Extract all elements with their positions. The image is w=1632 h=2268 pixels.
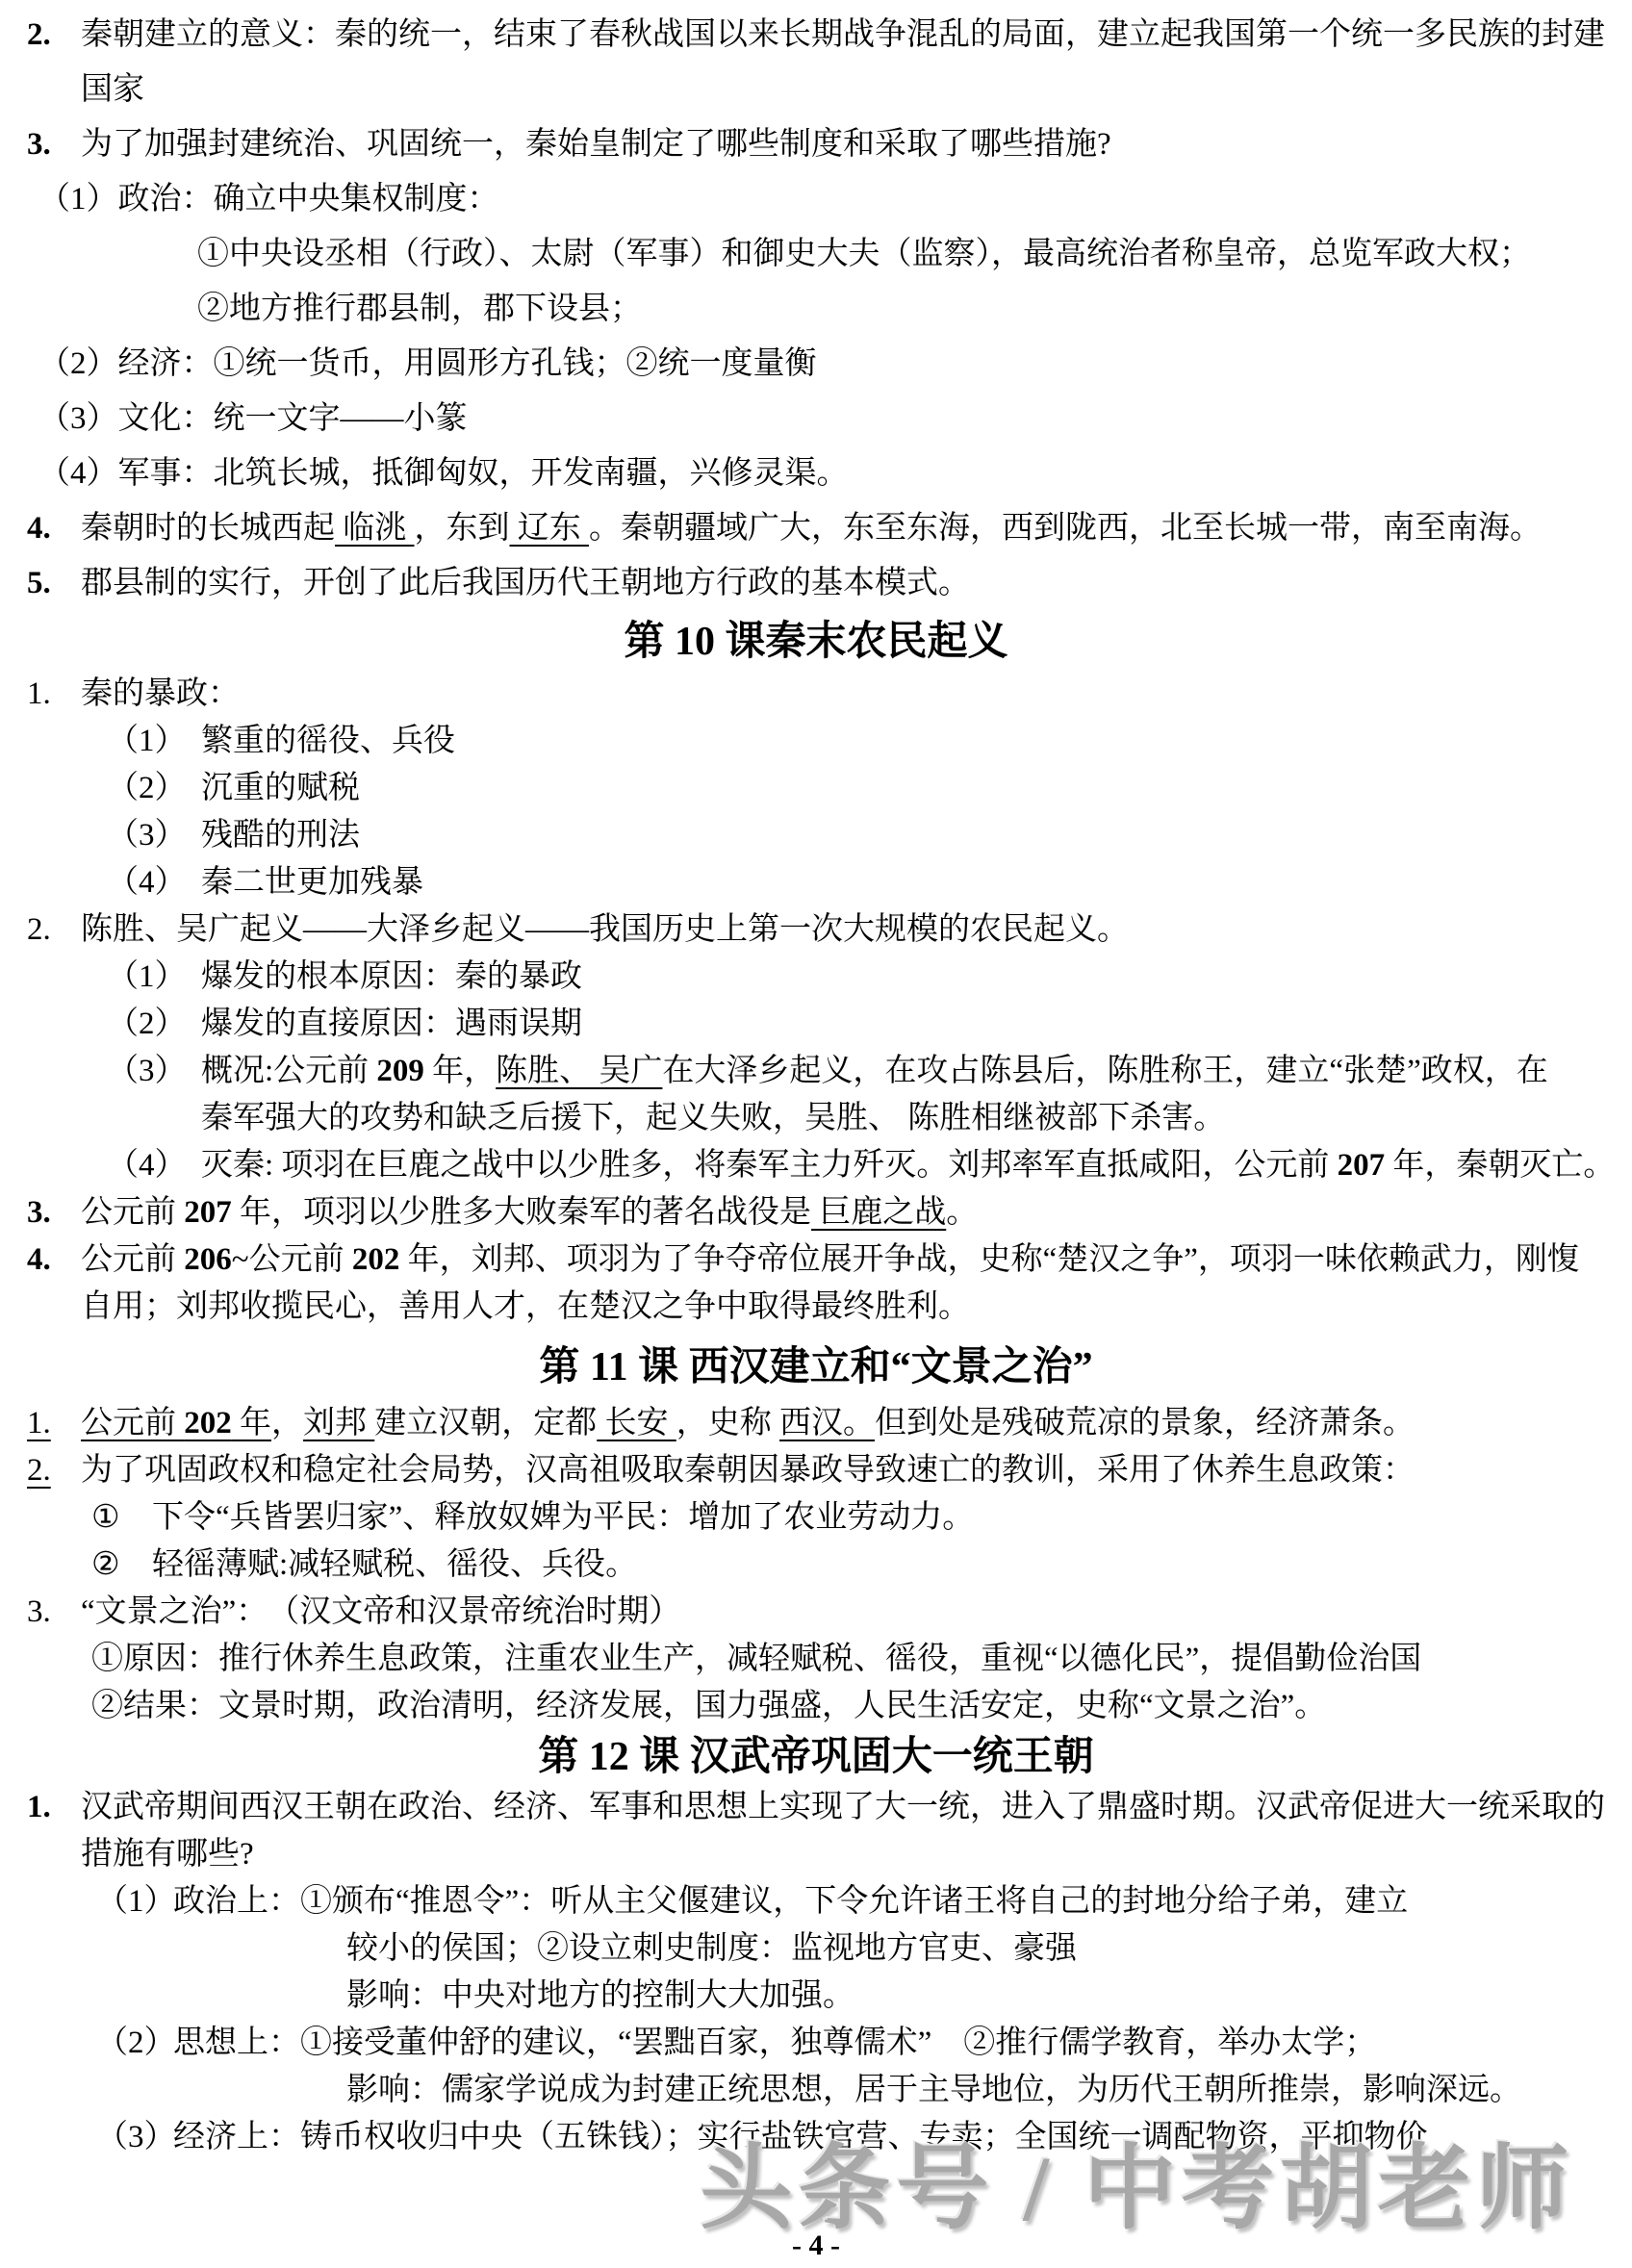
- text-line: （1）政治上：①颁布“推恩令”：听从主父偃建议，下令允许诸王将自己的封地分给子弟…: [27, 1878, 1605, 1925]
- text-segment: 陈胜、 吴广: [496, 1054, 662, 1088]
- text-line: （2）经济：①统一货币，用圆形方孔钱；②统一度量衡: [27, 337, 1605, 392]
- text-line: 5.郡县制的实行，开创了此后我国历代王朝地方行政的基本模式。: [27, 556, 1605, 611]
- text-segment: 但到处是残破荒凉的景象，经济萧条。: [875, 1406, 1415, 1440]
- page-number: - 4 -: [0, 2230, 1632, 2262]
- text-segment: 公元前: [81, 1195, 184, 1230]
- text-segment: 206: [184, 1242, 232, 1277]
- text-segment: ①中央设丞相（行政）、太尉（军事）和御史大夫（监察），最高统治者称皇帝，总览军政…: [197, 237, 1531, 271]
- text-segment: 影响：中央对地方的控制大大加强。: [346, 1978, 854, 2013]
- text-segment: 残酷的刑法: [201, 818, 360, 853]
- text-segment: 长安: [597, 1406, 676, 1440]
- text-segment: 措施有哪些?: [81, 1837, 254, 1872]
- list-marker: 3.: [27, 117, 81, 172]
- text-segment: 公元前: [81, 1242, 184, 1277]
- text-segment: （4）军事：北筑长城，抵御匈奴，开发南疆，兴修灵渠。: [38, 456, 849, 491]
- text-line: 国家: [27, 63, 1605, 117]
- text-line: ①下令“兵皆罢归家”、释放奴婢为平民：增加了农业劳动力。: [27, 1494, 1605, 1542]
- list-marker: 2.: [27, 1447, 81, 1494]
- text-line: 影响：中央对地方的控制大大加强。: [27, 1973, 1605, 2020]
- text-segment: 政治上：①颁布“推恩令”：听从主父偃建议，下令允许诸王将自己的封地分给子弟，建立: [173, 1884, 1408, 1919]
- text-segment: 陈胜、吴广起义——大泽乡起义——我国历史上第一次大规模的农民起义。: [81, 912, 1129, 947]
- text-segment: 公元前: [81, 1406, 184, 1440]
- document-page: 2.秦朝建立的意义：秦的统一，结束了春秋战国以来长期战争混乱的局面，建立起我国第…: [0, 0, 1632, 2268]
- section-heading: 第 12 课 汉武帝巩固大一统王朝: [27, 1730, 1605, 1784]
- text-segment: 西汉。: [779, 1406, 875, 1440]
- text-line: 秦军强大的攻势和缺乏后援下，起义失败，吴胜、 陈胜相继被部下杀害。: [27, 1095, 1605, 1142]
- text-line: 4.公元前 206~公元前 202 年，刘邦、项羽为了争夺帝位展开争战，史称“楚…: [27, 1236, 1605, 1284]
- text-segment: 202: [352, 1242, 400, 1277]
- text-line: （2）沉重的赋税: [27, 765, 1605, 812]
- list-marker: ②: [91, 1542, 152, 1589]
- text-line: （3）残酷的刑法: [27, 812, 1605, 859]
- text-line: 影响：儒家学说成为封建正统思想，居于主导地位，为历代王朝所推崇，影响深远。: [27, 2067, 1605, 2114]
- text-segment: 207: [1338, 1148, 1386, 1183]
- text-segment: ，史称: [676, 1406, 779, 1440]
- text-segment: 年，项羽以少胜多大败秦军的著名战役是: [232, 1195, 811, 1230]
- text-segment: 年，刘邦、项羽为了争夺帝位展开争战，史称“楚汉之争”，项羽一味依赖武力，刚愎: [399, 1242, 1579, 1277]
- text-segment: 较小的侯国；②设立刺史制度：监视地方官吏、豪强: [346, 1931, 1077, 1966]
- text-segment: 秦朝时的长城西起: [81, 511, 335, 546]
- text-line: ①中央设丞相（行政）、太尉（军事）和御史大夫（监察），最高统治者称皇帝，总览军政…: [27, 227, 1605, 282]
- text-segment: 在大泽乡起义，在攻占陈县后，陈胜称王，建立“张楚”政权，在: [662, 1054, 1547, 1088]
- text-segment: 影响：儒家学说成为封建正统思想，居于主导地位，为历代王朝所推崇，影响深远。: [346, 2073, 1521, 2107]
- text-segment: 灭秦: 项羽在巨鹿之战中以少胜多，将秦军主力歼灭。刘邦率军直抵咸阳，公元前: [201, 1148, 1338, 1183]
- text-segment: （1）政治：确立中央集权制度：: [38, 182, 499, 217]
- text-line: 1.汉武帝期间西汉王朝在政治、经济、军事和思想上实现了大一统，进入了鼎盛时期。汉…: [27, 1784, 1605, 1831]
- list-marker: 3.: [27, 1189, 81, 1236]
- text-line: ①原因：推行休养生息政策，注重农业生产，减轻赋税、徭役，重视“以德化民”，提倡勤…: [27, 1636, 1605, 1683]
- list-marker: 1.: [27, 1400, 81, 1447]
- text-line: （2）爆发的直接原因：遇雨误期: [27, 1001, 1605, 1048]
- list-marker: 4.: [27, 501, 81, 556]
- document-body: 2.秦朝建立的意义：秦的统一，结束了春秋战国以来长期战争混乱的局面，建立起我国第…: [0, 0, 1632, 2161]
- text-line: （3）文化：统一文字——小篆: [27, 392, 1605, 446]
- text-line: （1）政治：确立中央集权制度：: [27, 172, 1605, 227]
- text-line: 措施有哪些?: [27, 1831, 1605, 1878]
- text-segment: 第 10 课秦末农民起义: [624, 620, 1007, 664]
- list-marker: （3）: [107, 1048, 201, 1095]
- list-marker: 3.: [27, 1589, 81, 1636]
- section-heading: 第 10 课秦末农民起义: [27, 615, 1605, 669]
- text-line: 2.陈胜、吴广起义——大泽乡起义——我国历史上第一次大规模的农民起义。: [27, 906, 1605, 954]
- text-line: 2.秦朝建立的意义：秦的统一，结束了春秋战国以来长期战争混乱的局面，建立起我国第…: [27, 8, 1605, 63]
- text-segment: 繁重的徭役、兵役: [201, 724, 455, 758]
- text-line: （4）军事：北筑长城，抵御匈奴，开发南疆，兴修灵渠。: [27, 446, 1605, 501]
- text-line: 自用；刘邦收揽民心，善用人才，在楚汉之争中取得最终胜利。: [27, 1284, 1605, 1331]
- text-segment: 年，: [424, 1054, 496, 1088]
- text-segment: 秦二世更加残暴: [201, 865, 423, 900]
- text-segment: 秦朝建立的意义：秦的统一，结束了春秋战国以来长期战争混乱的局面，建立起我国第一个…: [81, 17, 1605, 52]
- text-segment: 建立汉朝，定都: [374, 1406, 597, 1440]
- text-segment: （3）文化：统一文字——小篆: [38, 401, 468, 436]
- text-segment: 为了巩固政权和稳定社会局势，汉高祖吸取秦朝因暴政导致速亡的教训，采用了休养生息政…: [81, 1453, 1415, 1488]
- text-segment: 。: [946, 1195, 978, 1230]
- text-segment: 刘邦: [303, 1406, 374, 1440]
- text-segment: ①原因：推行休养生息政策，注重农业生产，减轻赋税、徭役，重视“以德化民”，提倡勤…: [91, 1642, 1421, 1676]
- text-line: 3.公元前 207 年，项羽以少胜多大败秦军的著名战役是 巨鹿之战。: [27, 1189, 1605, 1236]
- text-line: ②结果：文景时期，政治清明，经济发展，国力强盛，人民生活安定，史称“文景之治”。: [27, 1683, 1605, 1730]
- text-line: （4）秦二世更加残暴: [27, 859, 1605, 906]
- text-segment: 秦军强大的攻势和缺乏后援下，起义失败，吴胜、 陈胜相继被部下杀害。: [201, 1101, 1225, 1135]
- text-segment: 辽东: [510, 511, 590, 546]
- text-line: ②地方推行郡县制，郡下设县；: [27, 282, 1605, 337]
- text-segment: 年，秦朝灭亡。: [1385, 1148, 1615, 1183]
- text-segment: 202: [184, 1406, 232, 1440]
- text-line: 较小的侯国；②设立刺史制度：监视地方官吏、豪强: [27, 1925, 1605, 1973]
- list-marker: 1.: [27, 671, 81, 718]
- text-line: 1.公元前 202 年，刘邦 建立汉朝，定都 长安 ，史称 西汉。但到处是残破荒…: [27, 1400, 1605, 1447]
- text-segment: 爆发的根本原因：秦的暴政: [201, 959, 582, 994]
- list-marker: （2）: [96, 2020, 173, 2067]
- text-segment: ②地方推行郡县制，郡下设县；: [197, 292, 642, 326]
- text-line: （1）繁重的徭役、兵役: [27, 718, 1605, 765]
- list-marker: （3）: [107, 812, 201, 859]
- text-line: （4）灭秦: 项羽在巨鹿之战中以少胜多，将秦军主力歼灭。刘邦率军直抵咸阳，公元前…: [27, 1142, 1605, 1189]
- list-marker: （3）: [96, 2114, 173, 2161]
- text-segment: 。秦朝疆域广大，东至东海，西到陇西，北至长城一带，南至南海。: [589, 511, 1542, 546]
- list-marker: 4.: [27, 1236, 81, 1284]
- watermark: 头条号 / 中考胡老师: [700, 2115, 1574, 2247]
- text-line: （3）概况:公元前 209 年，陈胜、 吴广在大泽乡起义，在攻占陈县后，陈胜称王…: [27, 1048, 1605, 1095]
- list-marker: （4）: [107, 859, 201, 906]
- text-line: 4.秦朝时的长城西起 临洮 ，东到 辽东 。秦朝疆域广大，东至东海，西到陇西，北…: [27, 501, 1605, 556]
- text-segment: 第 11 课 西汉建立和“文景之治”: [539, 1345, 1092, 1389]
- text-line: 1.秦的暴政：: [27, 671, 1605, 718]
- text-segment: 临洮: [335, 511, 415, 546]
- list-marker: 2.: [27, 8, 81, 63]
- text-segment: 下令“兵皆罢归家”、释放奴婢为平民：增加了农业劳动力。: [152, 1500, 974, 1535]
- text-segment: 轻徭薄赋:减轻赋税、徭役、兵役。: [152, 1547, 637, 1582]
- list-marker: （2）: [107, 1001, 201, 1048]
- text-segment: 巨鹿之战: [811, 1195, 946, 1230]
- text-line: 3.“文景之治”： （汉文帝和汉景帝统治时期）: [27, 1589, 1605, 1636]
- list-marker: （1）: [107, 954, 201, 1001]
- list-marker: 5.: [27, 556, 81, 611]
- text-segment: 年: [232, 1406, 271, 1440]
- text-segment: 思想上：①接受董仲舒的建议，“罢黜百家，独尊儒术” ②推行儒学教育，举办太学；: [173, 2026, 1376, 2060]
- list-marker: （1）: [96, 1878, 173, 1925]
- text-segment: ，: [271, 1406, 303, 1440]
- text-segment: 郡县制的实行，开创了此后我国历代王朝地方行政的基本模式。: [81, 566, 970, 600]
- text-segment: 概况:公元前: [201, 1054, 376, 1088]
- text-segment: 汉武帝期间西汉王朝在政治、经济、军事和思想上实现了大一统，进入了鼎盛时期。汉武帝…: [81, 1790, 1605, 1824]
- text-segment: 为了加强封建统治、巩固统一，秦始皇制定了哪些制度和采取了哪些措施?: [81, 127, 1111, 162]
- text-segment: 国家: [81, 72, 144, 107]
- list-marker: （1）: [107, 718, 201, 765]
- text-segment: （2）经济：①统一货币，用圆形方孔钱；②统一度量衡: [38, 346, 817, 381]
- text-line: 3.为了加强封建统治、巩固统一，秦始皇制定了哪些制度和采取了哪些措施?: [27, 117, 1605, 172]
- section-heading: 第 11 课 西汉建立和“文景之治”: [27, 1340, 1605, 1394]
- text-line: ②轻徭薄赋:减轻赋税、徭役、兵役。: [27, 1542, 1605, 1589]
- text-segment: ②结果：文景时期，政治清明，经济发展，国力强盛，人民生活安定，史称“文景之治”。: [91, 1689, 1326, 1723]
- list-marker: ①: [91, 1494, 152, 1542]
- list-marker: 2.: [27, 906, 81, 954]
- text-line: （2）思想上：①接受董仲舒的建议，“罢黜百家，独尊儒术” ②推行儒学教育，举办太…: [27, 2020, 1605, 2067]
- text-segment: 第 12 课 汉武帝巩固大一统王朝: [538, 1735, 1094, 1779]
- text-segment: 207: [184, 1195, 232, 1230]
- text-line: 2.为了巩固政权和稳定社会局势，汉高祖吸取秦朝因暴政导致速亡的教训，采用了休养生…: [27, 1447, 1605, 1494]
- text-segment: 秦的暴政：: [81, 676, 240, 711]
- text-line: （1）爆发的根本原因：秦的暴政: [27, 954, 1605, 1001]
- text-segment: 自用；刘邦收揽民心，善用人才，在楚汉之争中取得最终胜利。: [81, 1289, 970, 1324]
- text-segment: 209: [376, 1054, 424, 1088]
- text-segment: “文景之治”： （汉文帝和汉景帝统治时期）: [81, 1594, 680, 1629]
- list-marker: 1.: [27, 1784, 81, 1831]
- text-segment: 沉重的赋税: [201, 771, 360, 805]
- list-marker: （4）: [107, 1142, 201, 1189]
- text-segment: ，东到: [415, 511, 510, 546]
- text-segment: 爆发的直接原因：遇雨误期: [201, 1007, 582, 1041]
- list-marker: （2）: [107, 765, 201, 812]
- text-segment: ~公元前: [232, 1242, 352, 1277]
